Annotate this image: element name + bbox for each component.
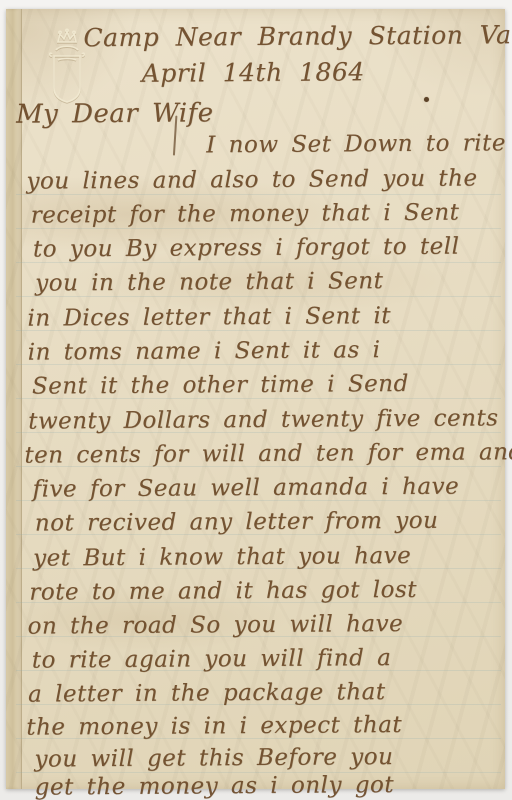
letter-body-line: five for Seau well amanda i have <box>33 474 460 503</box>
letter-body-line: get the money as i only got <box>35 772 395 800</box>
letter-body-line: you lines and also to Send you the <box>26 165 477 194</box>
letter-body-line: in Dices letter that i Sent it <box>27 303 391 332</box>
letter-salutation: My Dear Wife <box>16 98 214 129</box>
letter-body-line: in toms name i Sent it as i <box>28 337 381 365</box>
handwriting-layer: Camp Near Brandy Station Va April 14th 1… <box>3 7 507 790</box>
letter-body-line: rote to me and it has got lost <box>29 577 417 606</box>
letter-body-line: you in the note that i Sent <box>35 268 383 296</box>
letter-body-line: receipt for the money that i Sent <box>31 200 460 229</box>
letter-body-line: a letter in the package that <box>28 679 386 707</box>
letter-page: Camp Near Brandy Station Va April 14th 1… <box>6 9 505 789</box>
letter-heading-place: Camp Near Brandy Station Va <box>83 20 511 52</box>
letter-body-line: you will get this Before you <box>34 744 393 773</box>
scanned-letter-photo: Camp Near Brandy Station Va April 14th 1… <box>0 0 512 800</box>
letter-body-line: yet But i know that you have <box>33 543 411 572</box>
letter-body-line: I now Set Down to rite <box>206 130 506 158</box>
letter-body-line: ten cents for will and ten for ema and <box>24 439 512 468</box>
letter-heading-date: April 14th 1864 <box>142 57 365 88</box>
letter-body-line: to rite again you will find a <box>32 645 392 674</box>
letter-body-line: to you By express i forgot to tell <box>33 234 460 263</box>
letter-body-line: Sent it the other time i Send <box>32 371 409 400</box>
letter-body-line: not recived any letter from you <box>35 508 439 537</box>
letter-body-line: on the road So you will have <box>27 611 403 640</box>
letter-body-line: twenty Dollars and twenty five cents <box>28 405 498 434</box>
letter-body-line: the money is in i expect that <box>26 712 402 741</box>
